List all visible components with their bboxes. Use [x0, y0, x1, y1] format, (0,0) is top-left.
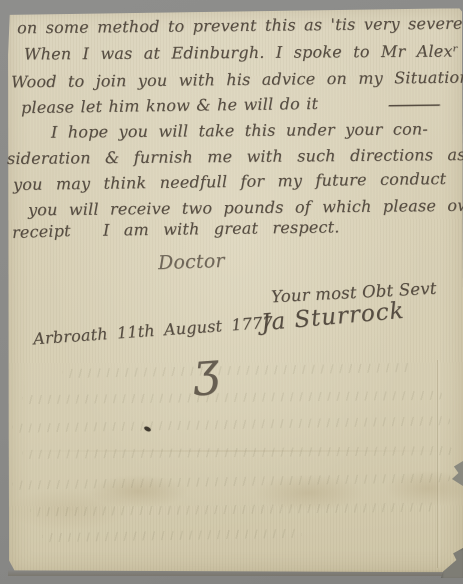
- handwriting-line-9-receipt: receipt: [12, 221, 71, 242]
- ink-dash: —: [385, 91, 444, 116]
- salutation-doctor: Doctor: [158, 250, 225, 274]
- handwriting-line-2: When I was at Edinburgh. I spoke to Mr A…: [24, 41, 459, 63]
- paper-bottom-edge-shadow: [8, 570, 463, 576]
- handwriting-line-9-respect: I am with great respect.: [103, 217, 340, 239]
- handwriting-line-6: sideration & furnish me with such direct…: [7, 145, 463, 168]
- letter-scan-page: { "letter": { "lines": [ "on some method…: [0, 0, 463, 584]
- handwriting-line-5: I hope you will take this under your con…: [51, 119, 428, 141]
